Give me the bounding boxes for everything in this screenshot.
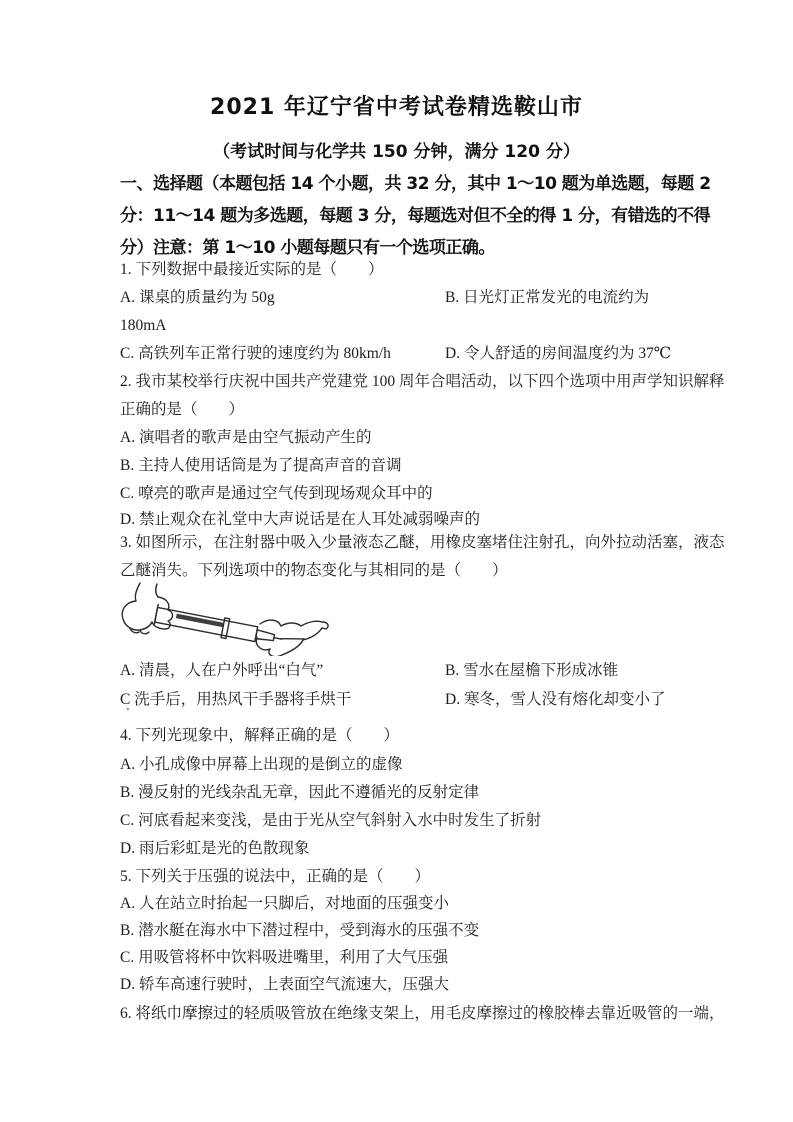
q1-option-b-wrap: 180mA bbox=[120, 317, 167, 334]
q5-stem: 5. 下列关于压强的说法中，正确的是（ ） bbox=[120, 868, 430, 885]
q5-option-a: A. 人在站立时抬起一只脚后，对地面的压强变小 bbox=[120, 895, 449, 912]
q4-option-c: C. 河底看起来变浅，是由于光从空气斜射入水中时发生了折射 bbox=[120, 812, 541, 829]
syringe-figure bbox=[110, 582, 340, 656]
q4-option-a: A. 小孔成像中屏幕上出现的是倒立的虚像 bbox=[120, 756, 402, 773]
q3-stem-line-1: 3. 如图所示，在注射器中吸入少量液态乙醚，用橡皮塞堵住注射孔，向外拉动活塞，液… bbox=[120, 534, 725, 551]
stray-mark: ’ bbox=[126, 706, 130, 718]
q2-stem-line-1: 2. 我市某校举行庆祝中国共产党建党 100 周年合唱活动，以下四个选项中用声学… bbox=[120, 373, 725, 390]
q1-option-a: A. 课桌的质量约为 50g bbox=[120, 289, 275, 306]
q4-option-d: D. 雨后彩虹是光的色散现象 bbox=[120, 840, 309, 857]
section-instructions-line-2: 分：11～14 题为多选题，每题 3 分，每题选对但不全的得 1 分，有错选的不… bbox=[120, 201, 710, 226]
q3-option-d: D. 寒冬，雪人没有熔化却变小了 bbox=[445, 691, 665, 708]
q1-option-c: C. 高铁列车正常行驶的速度约为 80km/h bbox=[120, 345, 391, 362]
q2-option-d: D. 禁止观众在礼堂中大声说话是在人耳处减弱噪声的 bbox=[120, 511, 480, 528]
q5-option-c: C. 用吸管将杯中饮料吸进嘴里，利用了大气压强 bbox=[120, 949, 448, 966]
q3-option-b: B. 雪水在屋檐下形成冰锥 bbox=[445, 662, 618, 679]
section-instructions-line-1: 一、选择题（本题包括 14 个小题，共 32 分，其中 1～10 题为单选题，每… bbox=[120, 169, 711, 194]
q3-stem-line-2: 乙醚消失。下列选项中的物态变化与其相同的是（ ） bbox=[120, 562, 508, 579]
q1-option-d: D. 令人舒适的房间温度约为 37℃ bbox=[445, 345, 671, 362]
q2-option-c: C. 嘹亮的歌声是通过空气传到现场观众耳中的 bbox=[120, 485, 433, 502]
q2-option-a: A. 演唱者的歌声是由空气振动产生的 bbox=[120, 429, 371, 446]
q4-stem: 4. 下列光现象中，解释正确的是（ ） bbox=[120, 727, 399, 744]
page: { "colors": { "background": "#ffffff", "… bbox=[0, 0, 793, 1122]
q5-option-b: B. 潜水艇在海水中下潜过程中，受到海水的压强不变 bbox=[120, 922, 479, 939]
q2-stem-line-2: 正确的是（ ） bbox=[120, 401, 244, 418]
q3-option-c: C 洗手后，用热风干手器将手烘干 bbox=[120, 691, 351, 708]
exam-title: 2021 年辽宁省中考试卷精选鞍山市 bbox=[0, 90, 793, 121]
q3-option-a: A. 清晨，人在户外呼出“白气” bbox=[120, 662, 323, 679]
q5-option-d: D. 轿车高速行驶时，上表面空气流速大，压强大 bbox=[120, 976, 449, 993]
q2-option-b: B. 主持人使用话筒是为了提高声音的音调 bbox=[120, 457, 402, 474]
exam-subtitle: （考试时间与化学共 150 分钟，满分 120 分） bbox=[0, 137, 793, 162]
section-instructions-line-3: 分）注意：第 1～10 小题每题只有一个选项正确。 bbox=[120, 233, 495, 258]
q1-stem: 1. 下列数据中最接近实际的是（ ） bbox=[120, 261, 384, 278]
syringe-figure-drawing bbox=[110, 582, 340, 656]
q4-option-b: B. 漫反射的光线杂乱无章，因此不遵循光的反射定律 bbox=[120, 784, 479, 801]
q6-stem: 6. 将纸巾摩擦过的轻质吸管放在绝缘支架上，用毛皮摩擦过的橡胶棒去靠近吸管的一端… bbox=[120, 1005, 725, 1022]
q1-option-b: B. 日光灯正常发光的电流约为 bbox=[445, 289, 649, 306]
